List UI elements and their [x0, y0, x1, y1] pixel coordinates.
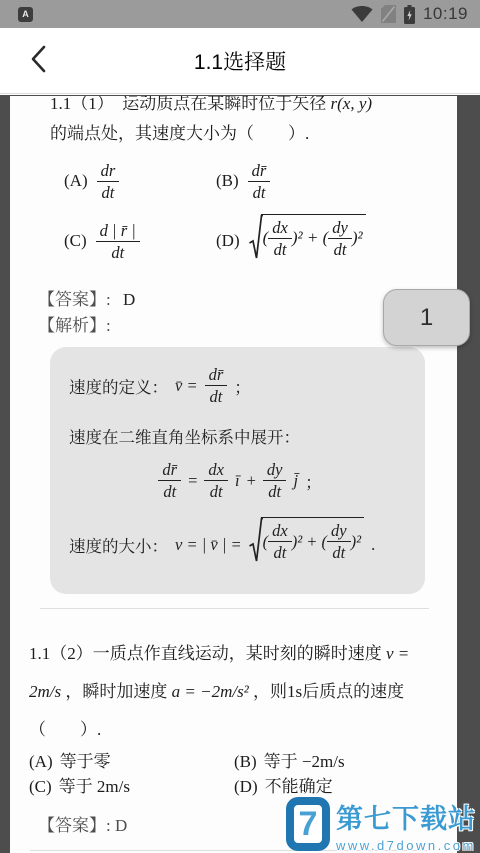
fraction: dr̄ dt [205, 365, 228, 406]
option-a-label: (A) [64, 171, 88, 191]
radicand: ( dx dt )² + ( dy dt )² [261, 214, 366, 259]
d7down-logo-icon: 7 [286, 797, 330, 851]
status-bar: A 10:19 [0, 0, 480, 28]
fraction: dy dt [328, 218, 352, 259]
question-1-intro-2: 的端点处，其速度大小为（ ）. [50, 124, 309, 143]
document-page[interactable]: 1.1（1） 运动质点在某瞬时位于矢径 r(x, y) 的端点处，其速度大小为（… [10, 96, 457, 853]
fraction: dr dt [97, 161, 120, 202]
question-1-text: 1.1（1） 运动质点在某瞬时位于矢径 r(x, y) 的端点处，其速度大小为（… [50, 96, 445, 149]
fraction: dr̄ dt [158, 460, 181, 501]
chevron-left-icon [28, 42, 50, 81]
no-sim-icon [381, 5, 396, 23]
question-2-text: 1.1（2）一质点作直线运动，某时刻的瞬时速度 v = 2m/s ，瞬时加速度 … [29, 635, 443, 749]
option-d-label: (D) [216, 231, 240, 251]
watermark-site-name: 第七下载站 [336, 797, 476, 836]
option-d[interactable]: (D) ( dx dt )² + ( [216, 214, 457, 269]
header-bar: 1.1选择题 [0, 28, 480, 94]
fraction: dx dt [204, 460, 228, 501]
watermark-texts: 第七下载站 www.d7down.com [336, 797, 476, 853]
analysis-line-3: dr̄ dt = dx dt ī + dy dt j̄ ； [69, 460, 411, 501]
square-root: ( dx dt )² + ( dy dt )² [249, 214, 366, 269]
document-viewer: 1.1（1） 运动质点在某瞬时位于矢径 r(x, y) 的端点处，其速度大小为（… [0, 95, 480, 853]
fraction: dr̄ dt [248, 161, 271, 202]
option-b-label: (B) [216, 171, 239, 191]
analysis-line-2: 速度在二维直角坐标系中展开： [69, 424, 411, 448]
status-time: 10:19 [423, 4, 468, 24]
option-c[interactable]: (C) 等于 2m/s [29, 774, 234, 799]
question-2-options-row-2: (C) 等于 2m/s (D) 不能确定 [29, 774, 457, 799]
question-1-math: r(x, y) [331, 96, 373, 113]
page-title: 1.1选择题 [0, 46, 480, 76]
app-screen: A 10:19 1.1选择题 1.1（1） 运动质点在某瞬时位于矢径 r(x, … [0, 0, 480, 853]
watermark: 7 第七下载站 www.d7down.com [286, 797, 476, 853]
answer-label: 【答案】: [38, 290, 111, 309]
analysis-box: 速度的定义： v̄ = dr̄ dt ； 速度在二维直角坐标系中展开： dr̄ … [50, 347, 425, 594]
option-b[interactable]: (B) dr̄ dt [216, 161, 457, 202]
fraction: dx dt [268, 521, 292, 562]
question-1-intro: 1.1（1） 运动质点在某瞬时位于矢径 [50, 96, 326, 113]
question-1-options-row-1: (A) dr dt (B) dr̄ dt [64, 155, 457, 207]
battery-charging-icon [404, 5, 415, 24]
page-number-tab[interactable]: 1 [383, 289, 470, 346]
velocity-magnitude-label: 速度的大小： [69, 533, 168, 557]
fraction: dy dt [327, 521, 351, 562]
analysis-line-1: 速度的定义： v̄ = dr̄ dt ； [69, 365, 411, 406]
option-c-label: (C) [64, 231, 87, 251]
option-a[interactable]: (A) 等于零 [29, 749, 234, 774]
answer-label: 【答案】: [38, 816, 111, 835]
option-d[interactable]: (D) 不能确定 [234, 774, 457, 799]
fraction: d | r̄ | dt [96, 221, 140, 262]
answer-value: D [123, 290, 135, 309]
option-c[interactable]: (C) d | r̄ | dt [64, 221, 216, 262]
velocity-definition-label: 速度的定义： [69, 374, 168, 398]
square-root: ( dx dt )² + ( dy dt )² [249, 517, 364, 572]
question-1-options-row-2: (C) d | r̄ | dt (D) ( [64, 211, 457, 271]
fraction: dx dt [268, 218, 292, 259]
answer-value: D [115, 816, 127, 835]
question-2-options-row-1: (A) 等于零 (B) 等于 −2m/s [29, 749, 457, 774]
section-divider [40, 608, 429, 609]
analysis-line-4: 速度的大小： v = | v̄ | = ( dx dt )² + ( [69, 517, 411, 572]
page-number: 1 [420, 304, 433, 332]
option-a[interactable]: (A) dr dt [64, 161, 216, 202]
wifi-icon [351, 6, 373, 23]
back-button[interactable] [22, 44, 56, 78]
option-b[interactable]: (B) 等于 −2m/s [234, 749, 457, 774]
app-badge: A [18, 7, 33, 22]
question-2-math-a: a = −2m/s² [172, 682, 249, 701]
radicand: ( dx dt )² + ( dy dt )² [261, 517, 364, 562]
fraction: dy dt [263, 460, 287, 501]
watermark-url: www.d7down.com [336, 838, 476, 853]
